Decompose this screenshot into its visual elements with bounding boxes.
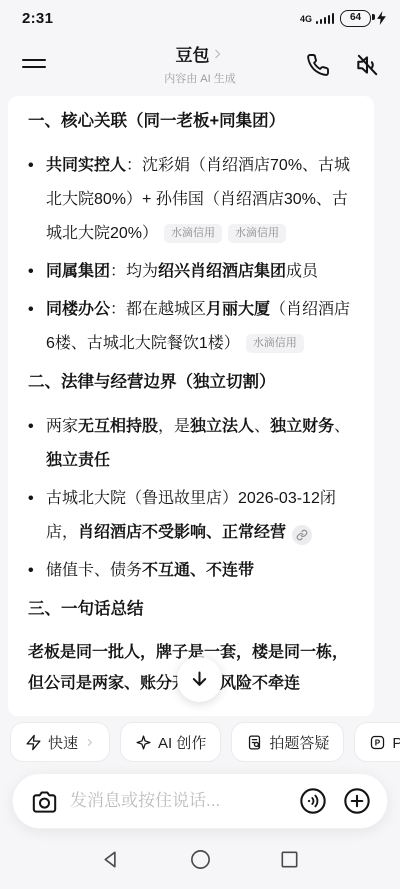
pill-label: 快速 (48, 732, 78, 753)
quick-action-toolbar: 快速 AI 创作 拍题答疑 P (10, 722, 400, 762)
pill-label: 拍题答疑 (269, 732, 329, 753)
voice-call-icon[interactable] (304, 50, 332, 80)
text-segment: 独立法人 (190, 418, 254, 435)
bullet-marker: • (28, 482, 46, 550)
nav-back-icon[interactable] (98, 846, 125, 873)
bullet-item: •两家无互相持股，是独立法人、独立财务、独立责任 (28, 410, 354, 478)
text-segment: 成员 (286, 263, 318, 280)
text-segment: 、 (254, 418, 270, 435)
bullet-marker: • (28, 410, 46, 478)
status-bar: 2:31 4G 64 (0, 0, 400, 32)
text-segment: 储值卡、债务 (46, 562, 142, 579)
citation-badge[interactable]: 水滴信用 (164, 224, 222, 243)
bullet-marker: • (28, 293, 46, 361)
text-segment: ，是 (158, 418, 190, 435)
text-segment: 二、法律与经营边界（独立切割） (28, 373, 276, 391)
text-segment: 一、核心关联（同一老板+同集团） (28, 112, 285, 130)
phone-screen: 2:31 4G 64 豆包 内容由 A (0, 0, 400, 889)
ai-disclaimer: 内容由 AI 生成 (164, 70, 236, 86)
text-segment: ：均为 (110, 263, 158, 280)
voice-mode-icon[interactable] (297, 785, 329, 817)
menu-icon[interactable] (22, 54, 46, 72)
android-nav-bar (0, 829, 400, 889)
citation-badge[interactable]: 水滴信用 (228, 224, 286, 243)
chevron-right-icon (84, 737, 95, 748)
battery-icon: 64 (340, 10, 371, 27)
text-segment: 同楼办公 (46, 301, 110, 318)
text-segment: 共同实控人 (46, 157, 126, 174)
bullet-item: •古城北大院（鲁迅故里店）2026-03-12闭店，肖绍酒店不受影响、正常经营 (28, 482, 354, 550)
mute-icon[interactable] (352, 50, 382, 80)
citation-badge[interactable]: 水滴信用 (246, 334, 304, 353)
page-title: 豆包 (175, 41, 209, 66)
bot-title[interactable]: 豆包 内容由 AI 生成 (164, 41, 236, 86)
text-segment: 两家 (46, 418, 78, 435)
svg-text:P: P (375, 738, 381, 747)
text-segment: 月丽大厦 (206, 301, 270, 318)
nav-recents-icon[interactable] (276, 846, 303, 873)
quick-mode-pill[interactable]: 快速 (10, 722, 110, 762)
ppt-icon: P (369, 734, 386, 751)
photo-question-pill[interactable]: 拍题答疑 (231, 722, 344, 762)
app-header: 豆包 内容由 AI 生成 (0, 36, 400, 92)
message-input[interactable] (68, 790, 289, 812)
section-heading: 一、核心关联（同一老板+同集团） (28, 104, 354, 138)
bullet-marker: • (28, 255, 46, 289)
text-segment: 三、一句话总结 (28, 600, 144, 618)
chevron-right-icon (210, 47, 224, 61)
ai-create-pill[interactable]: AI 创作 (120, 722, 221, 762)
clock: 2:31 (22, 10, 53, 27)
text-segment: 独立责任 (46, 452, 110, 469)
pill-label: AI 创作 (158, 732, 206, 753)
sparkle-icon (135, 734, 152, 751)
text-segment: ：都在越城区 (110, 301, 206, 318)
scroll-to-bottom-button[interactable] (177, 657, 222, 702)
photo-question-icon (246, 734, 263, 751)
bullet-item: •同属集团：均为绍兴肖绍酒店集团成员 (28, 255, 354, 289)
bullet-item: •共同实控人：沈彩娟（肖绍酒店70%、古城北大院80%）+ 孙伟国（肖绍酒店30… (28, 149, 354, 251)
bullet-item: •储值卡、债务不互通、不连带 (28, 554, 354, 588)
down-arrow-icon (189, 669, 210, 690)
ai-response-card: 一、核心关联（同一老板+同集团）•共同实控人：沈彩娟（肖绍酒店70%、古城北大院… (8, 96, 374, 716)
section-heading: 三、一句话总结 (28, 592, 354, 626)
ppt-generate-pill[interactable]: P PPT 生成 (354, 722, 400, 762)
bullet-marker: • (28, 149, 46, 251)
lightning-icon (25, 734, 42, 751)
text-segment: 不互通、不连带 (142, 562, 254, 579)
message-input-bar (12, 773, 388, 829)
plus-icon[interactable] (341, 785, 373, 817)
pill-label: PPT 生成 (392, 732, 400, 753)
signal-icon: 4G (300, 13, 334, 24)
text-segment: 同属集团 (46, 263, 110, 280)
text-segment: 肖绍酒店不受影响、正常经营 (78, 524, 286, 541)
bullet-marker: • (28, 554, 46, 588)
section-heading: 二、法律与经营边界（独立切割） (28, 365, 354, 399)
text-segment: 无互相持股 (78, 418, 158, 435)
text-segment: 、 (334, 418, 350, 435)
text-segment: 绍兴肖绍酒店集团 (158, 263, 286, 280)
bullet-item: •同楼办公：都在越城区月丽大厦（肖绍酒店6楼、古城北大院餐饮1楼）水滴信用 (28, 293, 354, 361)
link-icon[interactable] (292, 525, 312, 545)
nav-home-icon[interactable] (187, 846, 214, 873)
camera-icon[interactable] (29, 786, 60, 817)
text-segment: 独立财务 (270, 418, 334, 435)
charging-bolt-icon (377, 11, 386, 25)
